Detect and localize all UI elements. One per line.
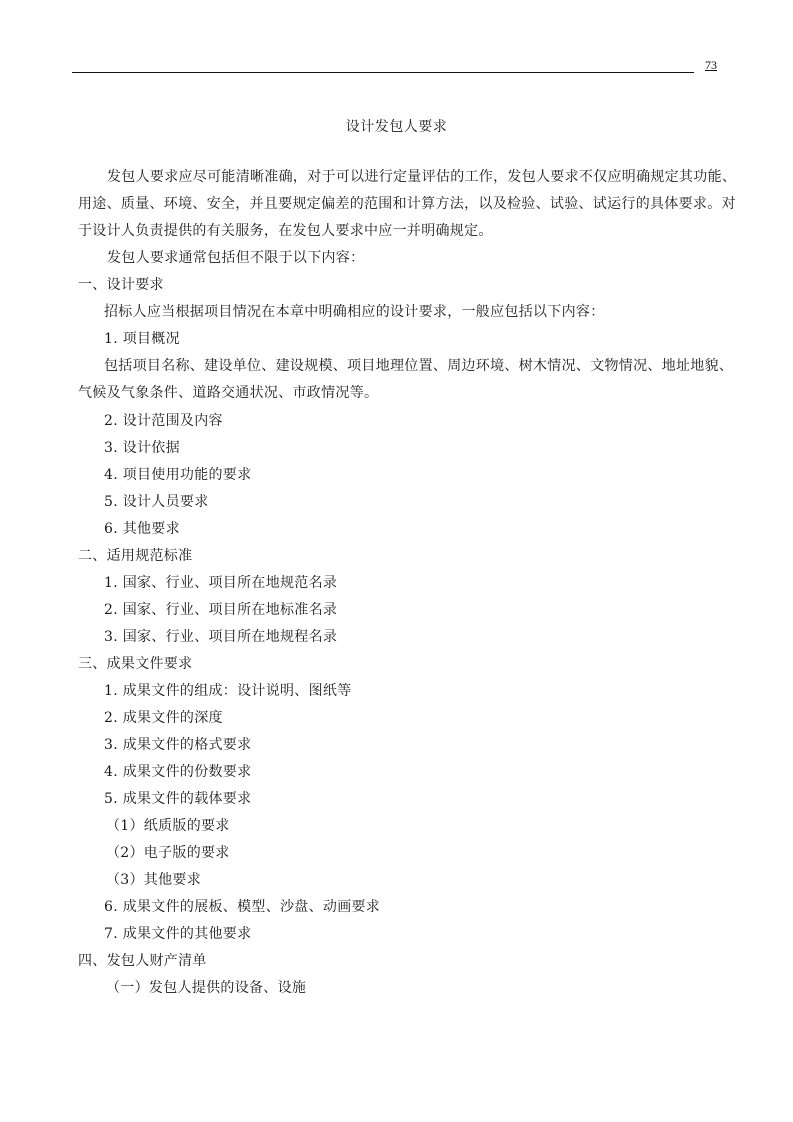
list-item: 5. 成果文件的载体要求 <box>104 789 251 809</box>
intro-paragraph-line: 发包人要求应尽可能清晰准确，对于可以进行定量评估的工作，发包人要求不仅应明确规定… <box>107 167 736 187</box>
list-item: 6. 其他要求 <box>104 519 180 539</box>
list-item-detail: 气候及气象条件、道路交通状况、市政情况等。 <box>78 383 378 403</box>
list-item: 2. 国家、行业、项目所在地标准名录 <box>104 600 337 620</box>
list-item: 1. 成果文件的组成：设计说明、图纸等 <box>104 681 352 701</box>
sub-list-item: （1）纸质版的要求 <box>106 816 230 836</box>
list-item: 3. 设计依据 <box>104 438 180 458</box>
intro-paragraph-line: 用途、质量、环境、安全，并且要规定偏差的范围和计算方法，以及检验、试验、试运行的… <box>78 194 736 214</box>
sub-list-item: （一）发包人提供的设备、设施 <box>106 978 306 998</box>
list-item: 7. 成果文件的其他要求 <box>104 924 251 944</box>
list-item: 4. 成果文件的份数要求 <box>104 762 251 782</box>
list-item: 2. 设计范围及内容 <box>104 411 223 431</box>
sub-list-item: （2）电子版的要求 <box>106 843 230 863</box>
list-item-detail: 包括项目名称、建设单位、建设规模、项目地理位置、周边环境、树木情况、文物情况、地… <box>104 356 733 376</box>
section-heading: 二、适用规范标准 <box>78 546 192 566</box>
section-lead: 招标人应当根据项目情况在本章中明确相应的设计要求，一般应包括以下内容： <box>104 302 605 322</box>
list-item: 1. 国家、行业、项目所在地规范名录 <box>104 573 337 593</box>
list-item: 6. 成果文件的展板、模型、沙盘、动画要求 <box>104 897 380 917</box>
section-heading: 四、发包人财产清单 <box>78 951 207 971</box>
sub-list-item: （3）其他要求 <box>106 870 201 890</box>
page-number: 73 <box>705 58 717 73</box>
list-item: 5. 设计人员要求 <box>104 492 209 512</box>
header-rule <box>72 72 694 73</box>
document-title: 设计发包人要求 <box>0 116 793 136</box>
section-heading: 三、成果文件要求 <box>78 654 192 674</box>
list-item: 3. 成果文件的格式要求 <box>104 735 251 755</box>
intro-paragraph-line: 于设计人负责提供的有关服务，在发包人要求中应一并明确规定。 <box>78 221 493 241</box>
list-item: 3. 国家、行业、项目所在地规程名录 <box>104 627 337 647</box>
list-item: 4. 项目使用功能的要求 <box>104 465 251 485</box>
list-item: 2. 成果文件的深度 <box>104 708 223 728</box>
section-heading: 一、设计要求 <box>78 275 164 295</box>
intro-lead: 发包人要求通常包括但不限于以下内容： <box>107 248 364 268</box>
list-item: 1. 项目概况 <box>104 329 180 349</box>
